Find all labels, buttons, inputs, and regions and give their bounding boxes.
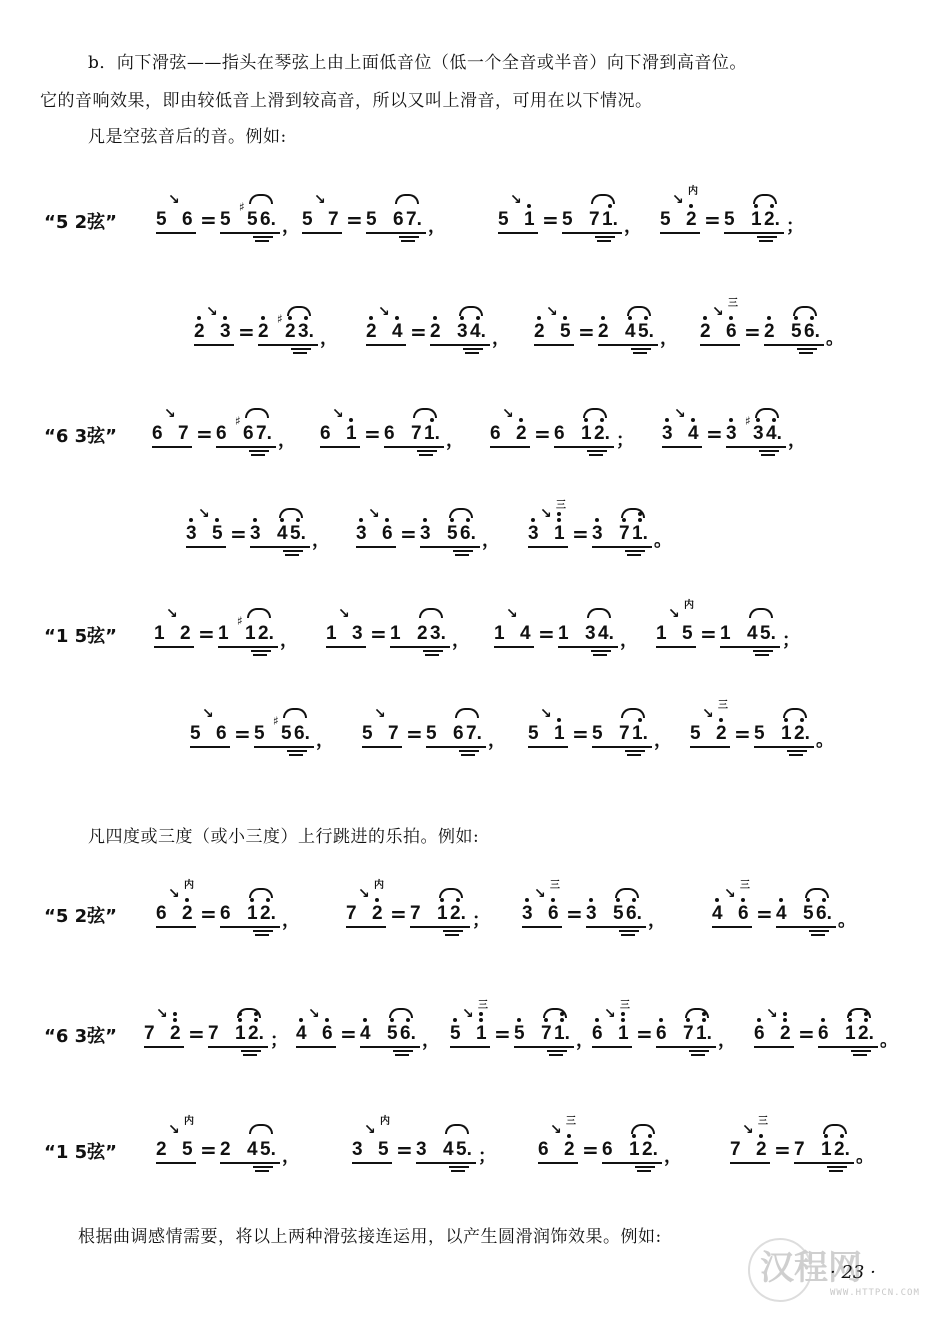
- double-underline: [627, 754, 641, 756]
- slur-arc: [413, 408, 437, 418]
- underline: [156, 926, 196, 928]
- notation-row: 56↘=5♯56.，57↘=567.，51↘=571.，52↘三=512.。: [0, 700, 935, 760]
- punctuation: ；: [478, 1142, 496, 1168]
- underline: [352, 1162, 392, 1164]
- note: 1: [245, 624, 256, 644]
- note: 2.: [794, 724, 810, 744]
- punctuation: ，: [446, 426, 464, 452]
- note: 2.: [642, 1140, 658, 1160]
- equals-sign: =: [572, 522, 589, 546]
- equals-sign: =: [534, 422, 551, 446]
- note: 6: [818, 1024, 829, 1044]
- slide-arrow-icon: ↘: [668, 606, 680, 622]
- punctuation: ，: [664, 1142, 682, 1168]
- punctuation: ，: [718, 1026, 736, 1052]
- equals-sign: =: [774, 1138, 791, 1162]
- underline: [562, 232, 622, 234]
- note: 7: [328, 210, 339, 230]
- note: 2.: [260, 904, 276, 924]
- note: 7: [589, 210, 600, 230]
- note: 6: [320, 424, 331, 444]
- note: 6.: [626, 904, 642, 924]
- note: 6: [554, 424, 565, 444]
- double-underline: [631, 348, 651, 350]
- double-underline: [853, 1054, 867, 1056]
- double-underline: [691, 1054, 705, 1056]
- string-label: “6 3弦”: [44, 422, 117, 448]
- note: 2: [417, 624, 428, 644]
- underline: [302, 232, 342, 234]
- slide-arrow-icon: ↘: [712, 304, 724, 320]
- note: 5: [220, 210, 231, 230]
- double-underline: [251, 454, 265, 456]
- notation-row: “1 5弦”25↘内=245.，35↘内=345.；62↘三=612.，72↘三…: [0, 1116, 935, 1176]
- slur-arc: [543, 1008, 567, 1018]
- underline: [528, 546, 568, 548]
- slur-arc: [587, 608, 611, 618]
- equals-sign: =: [572, 722, 589, 746]
- note: 6: [592, 1024, 603, 1044]
- note: 4: [392, 322, 403, 342]
- note: 6: [754, 1024, 765, 1044]
- slur-arc: [249, 888, 273, 898]
- note: 3: [356, 524, 367, 544]
- underline: [144, 1046, 184, 1048]
- underline: [764, 344, 824, 346]
- underline: [450, 1046, 490, 1048]
- underline: [558, 646, 618, 648]
- underline: [366, 344, 406, 346]
- slur-arc: [583, 408, 607, 418]
- punctuation: ，: [320, 324, 338, 350]
- slide-arrow-icon: ↘: [502, 406, 514, 422]
- note: 6: [182, 210, 193, 230]
- slur-arc: [627, 306, 651, 316]
- slur-arc: [449, 508, 473, 518]
- note: 3: [585, 624, 596, 644]
- underline: [592, 1046, 632, 1048]
- underline: [660, 232, 700, 234]
- note: 2: [156, 1140, 167, 1160]
- slide-arrow-icon: ↘: [462, 1006, 474, 1022]
- notation-row: 35↘=345.，36↘=356.，31↘三=371.。: [0, 500, 935, 560]
- underline: [794, 1162, 854, 1164]
- slide-arrow-icon: ↘: [724, 886, 736, 902]
- double-underline: [283, 550, 303, 552]
- note: 1: [247, 904, 258, 924]
- underline: [538, 1162, 578, 1164]
- punctuation: ，: [316, 726, 334, 752]
- note: 6: [220, 904, 231, 924]
- case-1-heading: 凡是空弦音后的音。例如:: [88, 122, 287, 147]
- note: 1: [629, 1140, 640, 1160]
- note: 1: [656, 624, 667, 644]
- string-label: “5 2弦”: [44, 902, 117, 928]
- underline: [498, 232, 538, 234]
- double-underline: [797, 348, 817, 350]
- note: 1: [218, 624, 229, 644]
- note: 6.: [260, 210, 276, 230]
- note: 7: [683, 1024, 694, 1044]
- note: 5: [387, 1024, 398, 1044]
- double-underline: [689, 1050, 709, 1052]
- note: 6: [602, 1140, 613, 1160]
- equals-sign: =: [364, 422, 381, 446]
- equals-sign: =: [234, 722, 251, 746]
- equals-sign: =: [704, 208, 721, 232]
- slide-arrow-icon: ↘: [206, 304, 218, 320]
- underline: [430, 344, 490, 346]
- double-underline: [635, 1166, 655, 1168]
- note: 5: [528, 724, 539, 744]
- note: 2: [285, 322, 296, 342]
- note: 2: [180, 624, 191, 644]
- note: 4: [360, 1024, 371, 1044]
- note: 5: [447, 524, 458, 544]
- underline: [726, 446, 786, 448]
- note: 5: [690, 724, 701, 744]
- technique-mark: 三: [740, 876, 750, 891]
- equals-sign: =: [494, 1022, 511, 1046]
- double-underline: [463, 348, 483, 350]
- underline: [220, 232, 280, 234]
- underline: [152, 446, 192, 448]
- note: 1: [618, 1024, 629, 1044]
- note: 2.: [858, 1024, 874, 1044]
- note: 7: [541, 1024, 552, 1044]
- note: 6.: [400, 1024, 416, 1044]
- note: 5.: [760, 624, 776, 644]
- sharp-sign: ♯: [277, 312, 283, 326]
- technique-mark: 三: [620, 996, 630, 1011]
- double-underline: [423, 650, 443, 652]
- punctuation: ，: [660, 324, 678, 350]
- technique-mark: 三: [758, 1112, 768, 1127]
- note: 4: [443, 1140, 454, 1160]
- slide-arrow-icon: ↘: [550, 1122, 562, 1138]
- slur-arc: [847, 1008, 871, 1018]
- equals-sign: =: [400, 522, 417, 546]
- note: 6: [726, 322, 737, 342]
- technique-mark: 三: [566, 1112, 576, 1127]
- punctuation: ，: [788, 426, 806, 452]
- note: 3.: [298, 322, 314, 342]
- technique-mark: 三: [478, 996, 488, 1011]
- note: 7: [411, 424, 422, 444]
- notation-row: “1 5弦”12↘=1♯12.，13↘=123.，14↘=134.，15↘内=1…: [0, 600, 935, 660]
- underline: [514, 1046, 574, 1048]
- double-underline: [291, 348, 311, 350]
- note: 2.: [248, 1024, 264, 1044]
- note: 1: [437, 904, 448, 924]
- sharp-sign: ♯: [239, 200, 245, 214]
- underline: [656, 1046, 716, 1048]
- underline: [390, 646, 450, 648]
- double-underline: [461, 754, 475, 756]
- equals-sign: =: [798, 1022, 815, 1046]
- double-underline: [253, 654, 267, 656]
- slur-arc: [805, 888, 829, 898]
- sharp-sign: ♯: [235, 414, 241, 428]
- underline: [426, 746, 486, 748]
- note: 5: [791, 322, 802, 342]
- note: 4.: [470, 322, 486, 342]
- slur-arc: [749, 608, 773, 618]
- technique-mark: 内: [684, 596, 694, 611]
- note: 1.: [696, 1024, 712, 1044]
- underline: [700, 344, 740, 346]
- note: 3: [457, 322, 468, 342]
- note: 1: [494, 624, 505, 644]
- slur-arc: [389, 1008, 413, 1018]
- double-underline: [619, 930, 639, 932]
- underline: [346, 926, 386, 928]
- double-underline: [465, 352, 479, 354]
- underline: [366, 232, 426, 234]
- note: 5: [660, 210, 671, 230]
- note: 6: [656, 1024, 667, 1044]
- slur-arc: [419, 608, 443, 618]
- note: 2.: [764, 210, 780, 230]
- double-underline: [755, 654, 769, 656]
- equals-sign: =: [346, 208, 363, 232]
- note: 5: [281, 724, 292, 744]
- punctuation: ，: [312, 526, 330, 552]
- note: 7: [794, 1140, 805, 1160]
- slide-arrow-icon: ↘: [604, 1006, 616, 1022]
- equals-sign: =: [578, 320, 595, 344]
- underline: [592, 546, 652, 548]
- note: 2: [220, 1140, 231, 1160]
- note: 6: [156, 904, 167, 924]
- equals-sign: =: [200, 208, 217, 232]
- double-underline: [417, 450, 437, 452]
- string-label: “1 5弦”: [44, 622, 117, 648]
- note: 6: [393, 210, 404, 230]
- note: 1: [346, 424, 357, 444]
- slide-arrow-icon: ↘: [332, 406, 344, 422]
- technique-mark: 内: [374, 876, 384, 891]
- note: 2: [170, 1024, 181, 1044]
- slide-arrow-icon: ↘: [168, 192, 180, 208]
- technique-mark: 三: [718, 696, 728, 711]
- note: 2: [366, 322, 377, 342]
- slide-arrow-icon: ↘: [202, 706, 214, 722]
- note: 4: [625, 322, 636, 342]
- punctuation: ；: [786, 212, 804, 238]
- note: 4: [747, 624, 758, 644]
- double-underline: [393, 1050, 413, 1052]
- note: 4.: [598, 624, 614, 644]
- note: 6.: [804, 322, 820, 342]
- note: 3: [420, 524, 431, 544]
- sharp-sign: ♯: [237, 614, 243, 628]
- underline: [218, 646, 278, 648]
- equals-sign: =: [188, 1022, 205, 1046]
- note: 2.: [450, 904, 466, 924]
- slur-arc: [237, 1008, 261, 1018]
- technique-mark: 内: [184, 1112, 194, 1127]
- note: 6: [216, 724, 227, 744]
- note: 4: [296, 1024, 307, 1044]
- double-underline: [787, 750, 807, 752]
- underline: [420, 546, 480, 548]
- slur-arc: [793, 306, 817, 316]
- slur-arc: [591, 194, 615, 204]
- slur-arc: [783, 708, 807, 718]
- slur-arc: [755, 408, 779, 418]
- double-underline: [759, 240, 773, 242]
- slide-arrow-icon: ↘: [510, 192, 522, 208]
- slide-arrow-icon: ↘: [766, 1006, 778, 1022]
- note: 5.: [456, 1140, 472, 1160]
- underline: [208, 1046, 268, 1048]
- slide-arrow-icon: ↘: [742, 1122, 754, 1138]
- notation-row: “6 3弦”67↘=6♯67.，61↘=671.，62↘=612.；34↘=3♯…: [0, 400, 935, 460]
- underline: [356, 546, 396, 548]
- slur-arc: [249, 194, 273, 204]
- double-underline: [621, 934, 635, 936]
- note: 5: [803, 904, 814, 924]
- punctuation: ，: [278, 426, 296, 452]
- note: 1: [581, 424, 592, 444]
- underline: [296, 1046, 336, 1048]
- technique-mark: 内: [688, 182, 698, 197]
- sharp-sign: ♯: [273, 714, 279, 728]
- punctuation: ；: [616, 426, 634, 452]
- slur-arc: [283, 708, 307, 718]
- underline: [554, 446, 614, 448]
- punctuation: ，: [620, 626, 638, 652]
- underline: [194, 344, 234, 346]
- note: 4: [688, 424, 699, 444]
- double-underline: [625, 750, 645, 752]
- note: 1: [390, 624, 401, 644]
- slide-arrow-icon: ↘: [166, 606, 178, 622]
- note: 6.: [294, 724, 310, 744]
- note: 6: [382, 524, 393, 544]
- technique-mark: 三: [728, 294, 738, 309]
- punctuation: ，: [282, 1142, 300, 1168]
- double-underline: [253, 1166, 273, 1168]
- note: 3: [592, 524, 603, 544]
- note: 4: [277, 524, 288, 544]
- equals-sign: =: [396, 1138, 413, 1162]
- underline: [776, 926, 836, 928]
- note: 7.: [406, 210, 422, 230]
- slur-arc: [445, 1124, 469, 1134]
- equals-sign: =: [542, 208, 559, 232]
- note: 4: [712, 904, 723, 924]
- note: 4: [520, 624, 531, 644]
- double-underline: [419, 454, 433, 456]
- punctuation: ，: [280, 626, 298, 652]
- double-underline: [593, 654, 607, 656]
- double-underline: [241, 1050, 261, 1052]
- note: 2: [430, 322, 441, 342]
- note: 5: [156, 210, 167, 230]
- double-underline: [595, 236, 615, 238]
- punctuation: ，: [482, 526, 500, 552]
- slide-arrow-icon: ↘: [674, 406, 686, 422]
- note: 1: [154, 624, 165, 644]
- double-underline: [453, 550, 473, 552]
- double-underline: [589, 454, 603, 456]
- note: 3: [522, 904, 533, 924]
- slur-arc: [279, 508, 303, 518]
- slide-arrow-icon: ↘: [168, 886, 180, 902]
- note: 7: [208, 1024, 219, 1044]
- double-underline: [293, 352, 307, 354]
- note: 1: [235, 1024, 246, 1044]
- slide-arrow-icon: ↘: [374, 706, 386, 722]
- double-underline: [249, 450, 269, 452]
- slide-arrow-icon: ↘: [534, 886, 546, 902]
- double-underline: [243, 1054, 257, 1056]
- double-underline: [597, 240, 611, 242]
- double-underline: [251, 650, 271, 652]
- note: 4: [776, 904, 787, 924]
- double-underline: [285, 554, 299, 556]
- closing-text: 根据曲调感情需要，将以上两种滑弦接连运用，以产生圆滑润饰效果。例如:: [78, 1222, 662, 1247]
- intro-line-2: 它的音响效果，即由较低音上滑到较高音，所以又叫上滑音，可用在以下情况。: [40, 86, 653, 111]
- double-underline: [459, 750, 479, 752]
- double-underline: [547, 1050, 567, 1052]
- punctuation: ，: [282, 906, 300, 932]
- note: 7: [619, 724, 630, 744]
- double-underline: [587, 450, 607, 452]
- underline: [712, 926, 752, 928]
- underline: [656, 646, 696, 648]
- double-underline: [829, 1170, 843, 1172]
- note: 5.: [260, 1140, 276, 1160]
- note: 2: [700, 322, 711, 342]
- punctuation: ；: [270, 1026, 288, 1052]
- double-underline: [637, 1170, 651, 1172]
- note: 3: [726, 424, 737, 444]
- underline: [522, 926, 562, 928]
- punctuation: 。: [880, 1026, 898, 1052]
- slur-arc: [249, 1124, 273, 1134]
- note: 1: [326, 624, 337, 644]
- note: 1: [476, 1024, 487, 1044]
- underline: [534, 344, 574, 346]
- note: 5: [182, 1140, 193, 1160]
- note: 2: [182, 904, 193, 924]
- slur-arc: [455, 708, 479, 718]
- slur-arc: [459, 306, 483, 316]
- underline: [186, 546, 226, 548]
- slide-arrow-icon: ↘: [702, 706, 714, 722]
- note: 3: [220, 322, 231, 342]
- note: 2.: [258, 624, 274, 644]
- note: 1: [554, 524, 565, 544]
- note: 3: [528, 524, 539, 544]
- punctuation: ；: [782, 626, 800, 652]
- note: 5: [362, 724, 373, 744]
- slur-arc: [245, 408, 269, 418]
- note: 6: [243, 424, 254, 444]
- underline: [362, 746, 402, 748]
- punctuation: ，: [624, 212, 642, 238]
- note: 2: [516, 424, 527, 444]
- underline: [384, 446, 444, 448]
- double-underline: [759, 450, 779, 452]
- slide-arrow-icon: ↘: [164, 406, 176, 422]
- note: 7: [144, 1024, 155, 1044]
- equals-sign: =: [200, 1138, 217, 1162]
- slide-arrow-icon: ↘: [540, 506, 552, 522]
